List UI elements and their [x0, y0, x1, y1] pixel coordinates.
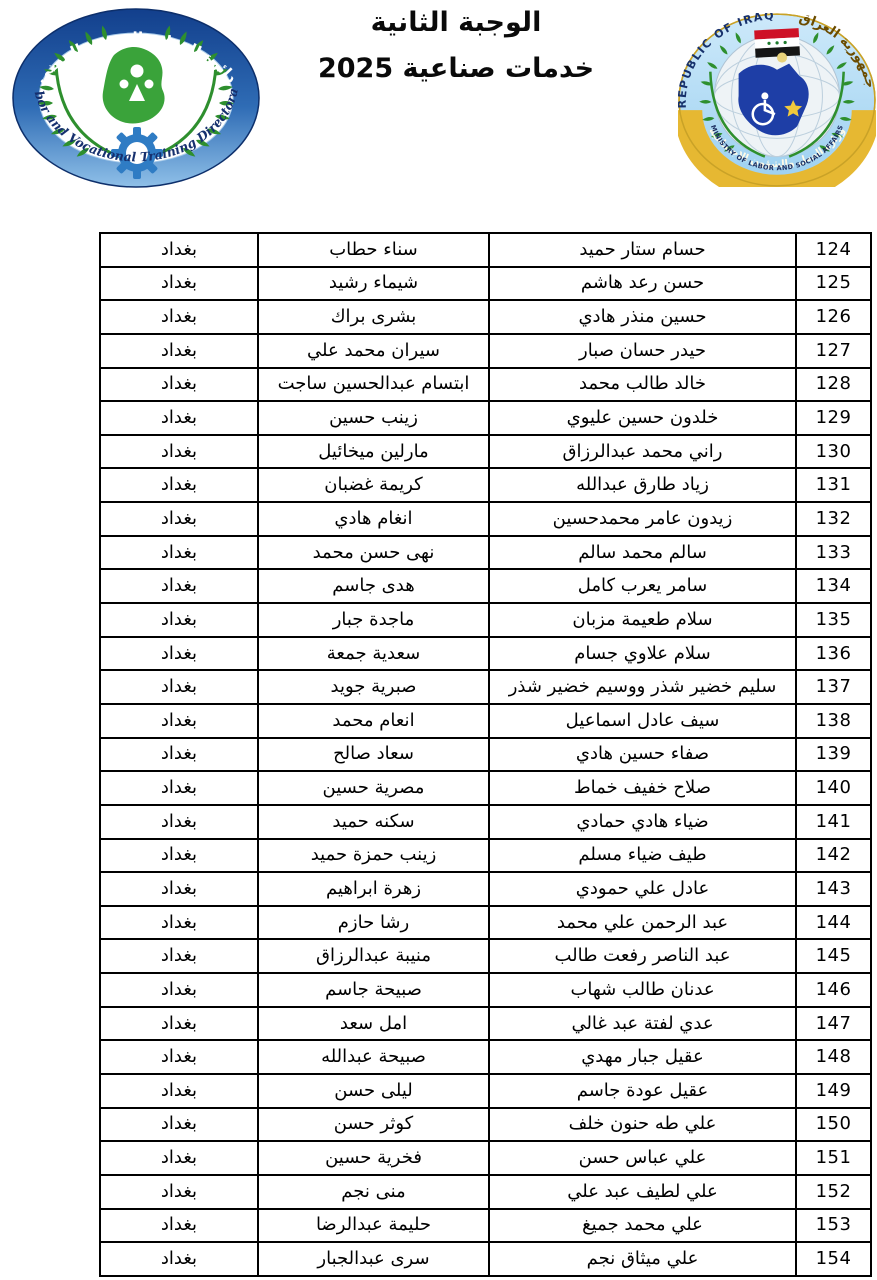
table-row: 153علي محمد جميغحليمة عبدالرضابغداد: [100, 1209, 871, 1243]
row-number-cell: 150: [796, 1108, 871, 1142]
city-cell: بغداد: [100, 502, 258, 536]
table-row: 152علي لطيف عبد عليمنى نجمبغداد: [100, 1175, 871, 1209]
row-number-cell: 151: [796, 1141, 871, 1175]
name-cell: زياد طارق عبدالله: [489, 468, 796, 502]
second-name-cell: انعام محمد: [258, 704, 489, 738]
second-name-cell: كوثر حسن: [258, 1108, 489, 1142]
name-cell: عدنان طالب شهاب: [489, 973, 796, 1007]
table-row: 137سليم خضير شذر ووسيم خضير شذرصبرية جوي…: [100, 670, 871, 704]
second-name-cell: امل سعد: [258, 1007, 489, 1041]
row-number-cell: 133: [796, 536, 871, 570]
row-number-cell: 126: [796, 300, 871, 334]
table-row: 133سالم محمد سالمنهى حسن محمدبغداد: [100, 536, 871, 570]
second-name-cell: نهى حسن محمد: [258, 536, 489, 570]
table-row: 142طيف ضياء مسلمزينب حمزة حميدبغداد: [100, 839, 871, 873]
name-cell: سلام طعيمة مزبان: [489, 603, 796, 637]
row-number-cell: 135: [796, 603, 871, 637]
name-cell: عبد الناصر رفعت طالب: [489, 939, 796, 973]
row-number-cell: 140: [796, 771, 871, 805]
city-cell: بغداد: [100, 1175, 258, 1209]
table-row: 125حسن رعد هاشمشيماء رشيدبغداد: [100, 267, 871, 301]
row-number-cell: 124: [796, 233, 871, 267]
second-name-cell: صبرية جويد: [258, 670, 489, 704]
iraq-flag-icon: [754, 28, 800, 58]
row-number-cell: 143: [796, 872, 871, 906]
city-cell: بغداد: [100, 468, 258, 502]
second-name-cell: مارلين ميخائيل: [258, 435, 489, 469]
name-cell: عادل علي حمودي: [489, 872, 796, 906]
city-cell: بغداد: [100, 300, 258, 334]
row-number-cell: 144: [796, 906, 871, 940]
city-cell: بغداد: [100, 267, 258, 301]
second-name-cell: فخرية حسين: [258, 1141, 489, 1175]
city-cell: بغداد: [100, 1242, 258, 1276]
second-name-cell: زينب حمزة حميد: [258, 839, 489, 873]
city-cell: بغداد: [100, 973, 258, 1007]
table-row: 141ضياء هادي حماديسكنه حميدبغداد: [100, 805, 871, 839]
row-number-cell: 129: [796, 401, 871, 435]
row-number-cell: 136: [796, 637, 871, 671]
table-row: 126حسين منذر هاديبشرى براكبغداد: [100, 300, 871, 334]
row-number-cell: 152: [796, 1175, 871, 1209]
second-name-cell: ليلى حسن: [258, 1074, 489, 1108]
row-number-cell: 148: [796, 1040, 871, 1074]
name-cell: راني محمد عبدالرزاق: [489, 435, 796, 469]
second-name-cell: شيماء رشيد: [258, 267, 489, 301]
table-row: 144عبد الرحمن علي محمدرشا حازمبغداد: [100, 906, 871, 940]
roster-table: 124حسام ستار حميدسناء حطاببغداد125حسن رع…: [99, 232, 872, 1277]
second-name-cell: زينب حسين: [258, 401, 489, 435]
city-cell: بغداد: [100, 1074, 258, 1108]
table-row: 154علي ميثاق نجمسرى عبدالجباربغداد: [100, 1242, 871, 1276]
row-number-cell: 127: [796, 334, 871, 368]
city-cell: بغداد: [100, 939, 258, 973]
row-number-cell: 137: [796, 670, 871, 704]
table-row: 143عادل علي حموديزهرة ابراهيمبغداد: [100, 872, 871, 906]
name-cell: طيف ضياء مسلم: [489, 839, 796, 873]
second-name-cell: انغام هادي: [258, 502, 489, 536]
city-cell: بغداد: [100, 1108, 258, 1142]
name-cell: صلاح خفيف خماط: [489, 771, 796, 805]
name-cell: صفاء حسين هادي: [489, 738, 796, 772]
table-row: 150علي طه حنون خلفكوثر حسنبغداد: [100, 1108, 871, 1142]
second-name-cell: سكنه حميد: [258, 805, 489, 839]
city-cell: بغداد: [100, 368, 258, 402]
city-cell: بغداد: [100, 603, 258, 637]
table-row: 131زياد طارق عبداللهكريمة غضبانبغداد: [100, 468, 871, 502]
city-cell: بغداد: [100, 536, 258, 570]
name-cell: علي عباس حسن: [489, 1141, 796, 1175]
city-cell: بغداد: [100, 704, 258, 738]
city-cell: بغداد: [100, 637, 258, 671]
second-name-cell: سناء حطاب: [258, 233, 489, 267]
name-cell: عدي لفتة عبد غالي: [489, 1007, 796, 1041]
name-cell: سالم محمد سالم: [489, 536, 796, 570]
title-line-2: خدمات صناعية 2025: [300, 46, 612, 92]
name-cell: خالد طالب محمد: [489, 368, 796, 402]
second-name-cell: ابتسام عبدالحسين ساجت: [258, 368, 489, 402]
second-name-cell: ماجدة جبار: [258, 603, 489, 637]
table-row: 146عدنان طالب شهابصبيحة جاسمبغداد: [100, 973, 871, 1007]
city-cell: بغداد: [100, 1040, 258, 1074]
table-row: 139صفاء حسين هاديسعاد صالحبغداد: [100, 738, 871, 772]
roster-table-body: 124حسام ستار حميدسناء حطاببغداد125حسن رع…: [100, 233, 871, 1276]
table-row: 149عقيل عودة جاسمليلى حسنبغداد: [100, 1074, 871, 1108]
name-cell: عقيل جبار مهدي: [489, 1040, 796, 1074]
name-cell: حسين منذر هادي: [489, 300, 796, 334]
city-cell: بغداد: [100, 569, 258, 603]
city-cell: بغداد: [100, 906, 258, 940]
second-name-cell: حليمة عبدالرضا: [258, 1209, 489, 1243]
ministry-of-labor-logo: REPUBLIC OF IRAQ جمهورية العراق وزارة ال…: [678, 13, 876, 187]
city-cell: بغداد: [100, 670, 258, 704]
name-cell: علي لطيف عبد علي: [489, 1175, 796, 1209]
table-row: 128خالد طالب محمدابتسام عبدالحسين ساجتبغ…: [100, 368, 871, 402]
name-cell: عقيل عودة جاسم: [489, 1074, 796, 1108]
second-name-cell: مصرية حسين: [258, 771, 489, 805]
city-cell: بغداد: [100, 1141, 258, 1175]
row-number-cell: 138: [796, 704, 871, 738]
name-cell: زيدون عامر محمدحسين: [489, 502, 796, 536]
row-number-cell: 154: [796, 1242, 871, 1276]
city-cell: بغداد: [100, 435, 258, 469]
city-cell: بغداد: [100, 805, 258, 839]
city-cell: بغداد: [100, 401, 258, 435]
table-row: 127حيدر حسان صبارسيران محمد عليبغداد: [100, 334, 871, 368]
second-name-cell: كريمة غضبان: [258, 468, 489, 502]
table-row: 134سامر يعرب كاملهدى جاسمبغداد: [100, 569, 871, 603]
name-cell: حيدر حسان صبار: [489, 334, 796, 368]
row-number-cell: 139: [796, 738, 871, 772]
labor-training-directorate-logo: دائرة العمل والتدريب المهني Labor and Vo…: [10, 7, 262, 189]
second-name-cell: سعاد صالح: [258, 738, 489, 772]
row-number-cell: 142: [796, 839, 871, 873]
row-number-cell: 141: [796, 805, 871, 839]
name-cell: حسن رعد هاشم: [489, 267, 796, 301]
name-cell: علي ميثاق نجم: [489, 1242, 796, 1276]
name-cell: سلام علاوي جسام: [489, 637, 796, 671]
second-name-cell: هدى جاسم: [258, 569, 489, 603]
iraq-map-figure-icon: [103, 47, 165, 123]
row-number-cell: 149: [796, 1074, 871, 1108]
city-cell: بغداد: [100, 771, 258, 805]
table-row: 132زيدون عامر محمدحسينانغام هاديبغداد: [100, 502, 871, 536]
name-cell: ضياء هادي حمادي: [489, 805, 796, 839]
second-name-cell: منى نجم: [258, 1175, 489, 1209]
table-row: 145عبد الناصر رفعت طالبمنيبة عبدالرزاقبغ…: [100, 939, 871, 973]
city-cell: بغداد: [100, 1007, 258, 1041]
second-name-cell: زهرة ابراهيم: [258, 872, 489, 906]
second-name-cell: صبيحة عبدالله: [258, 1040, 489, 1074]
table-row: 140صلاح خفيف خماطمصرية حسينبغداد: [100, 771, 871, 805]
name-cell: سليم خضير شذر ووسيم خضير شذر: [489, 670, 796, 704]
second-name-cell: صبيحة جاسم: [258, 973, 489, 1007]
name-cell: سامر يعرب كامل: [489, 569, 796, 603]
row-number-cell: 153: [796, 1209, 871, 1243]
document-page: دائرة العمل والتدريب المهني Labor and Vo…: [0, 0, 877, 1280]
name-cell: علي محمد جميغ: [489, 1209, 796, 1243]
row-number-cell: 146: [796, 973, 871, 1007]
title-line-1: الوجبة الثانية: [300, 0, 612, 46]
city-cell: بغداد: [100, 1209, 258, 1243]
second-name-cell: سرى عبدالجبار: [258, 1242, 489, 1276]
city-cell: بغداد: [100, 334, 258, 368]
name-cell: علي طه حنون خلف: [489, 1108, 796, 1142]
name-cell: سيف عادل اسماعيل: [489, 704, 796, 738]
second-name-cell: سيران محمد علي: [258, 334, 489, 368]
row-number-cell: 128: [796, 368, 871, 402]
table-row: 129خلدون حسين عليويزينب حسينبغداد: [100, 401, 871, 435]
name-cell: عبد الرحمن علي محمد: [489, 906, 796, 940]
city-cell: بغداد: [100, 839, 258, 873]
city-cell: بغداد: [100, 233, 258, 267]
name-cell: حسام ستار حميد: [489, 233, 796, 267]
row-number-cell: 147: [796, 1007, 871, 1041]
row-number-cell: 134: [796, 569, 871, 603]
table-row: 130راني محمد عبدالرزاقمارلين ميخائيلبغدا…: [100, 435, 871, 469]
table-row: 148عقيل جبار مهديصبيحة عبداللهبغداد: [100, 1040, 871, 1074]
row-number-cell: 131: [796, 468, 871, 502]
table-row: 135سلام طعيمة مزبانماجدة جباربغداد: [100, 603, 871, 637]
table-row: 136سلام علاوي جسامسعدية جمعةبغداد: [100, 637, 871, 671]
second-name-cell: بشرى براك: [258, 300, 489, 334]
table-row: 151علي عباس حسنفخرية حسينبغداد: [100, 1141, 871, 1175]
second-name-cell: سعدية جمعة: [258, 637, 489, 671]
second-name-cell: منيبة عبدالرزاق: [258, 939, 489, 973]
document-title: الوجبة الثانية خدمات صناعية 2025: [300, 0, 612, 92]
row-number-cell: 125: [796, 267, 871, 301]
second-name-cell: رشا حازم: [258, 906, 489, 940]
table-row: 124حسام ستار حميدسناء حطاببغداد: [100, 233, 871, 267]
table-row: 147عدي لفتة عبد غاليامل سعدبغداد: [100, 1007, 871, 1041]
name-cell: خلدون حسين عليوي: [489, 401, 796, 435]
table-row: 138سيف عادل اسماعيلانعام محمدبغداد: [100, 704, 871, 738]
row-number-cell: 130: [796, 435, 871, 469]
row-number-cell: 145: [796, 939, 871, 973]
city-cell: بغداد: [100, 872, 258, 906]
emblem-dot: [777, 53, 787, 63]
row-number-cell: 132: [796, 502, 871, 536]
city-cell: بغداد: [100, 738, 258, 772]
